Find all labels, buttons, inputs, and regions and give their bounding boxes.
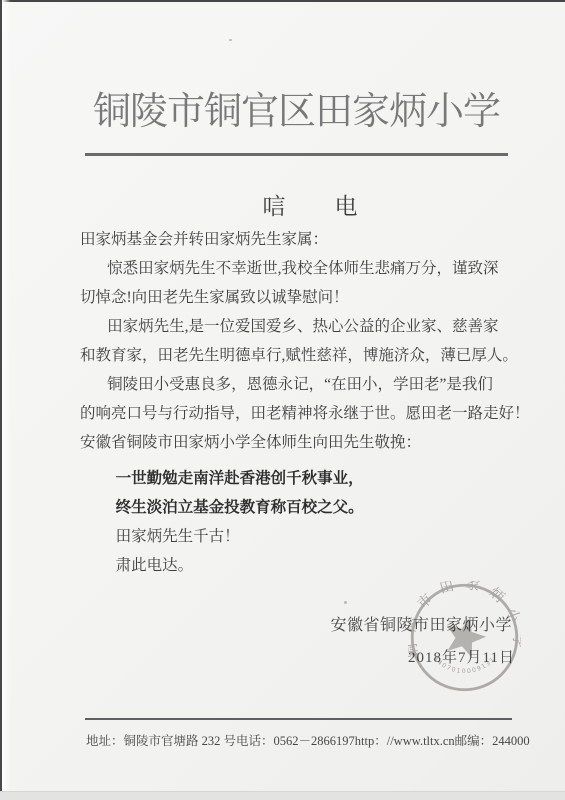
closing-date: 2018年7月11日 (408, 646, 515, 667)
letter-line: 惊悉田家炳先生不幸逝世,我校全体师生悲痛万分，谨致深 (80, 254, 516, 283)
footer-contact-info: 地址：铜陵市官塘路 232 号电话：0562－2866197http：//www… (86, 731, 510, 749)
letter-line: 铜陵田小受惠良多，恩德永记，“在田小，学田老”是我们 (80, 370, 516, 399)
letter-line: 和教育家，田老先生明德卓行,赋性慈祥，博施济众，薄已厚人。 (80, 341, 516, 370)
scan-edge-top (0, 0, 565, 2)
scan-edge-left-highlight (2, 0, 11, 800)
letterhead-divider (85, 153, 508, 156)
letter-line: 切悼念!向田老先生家属致以诚挚慰问！ (80, 283, 516, 312)
scan-speck (229, 39, 232, 41)
footer-item: 邮编：244000 (455, 731, 530, 749)
scanned-letter-page: 铜陵市铜官区田家炳小学 唁 电 田家炳基金会并转田家炳先生家属：惊悉田家炳先生不… (0, 0, 565, 800)
scan-edge-bottom (0, 791, 565, 800)
letter-line: 肃此电达。 (80, 551, 516, 580)
seal-ring (412, 585, 517, 690)
letter-line: 田家炳基金会并转田家炳先生家属： (80, 225, 516, 254)
letter-line: 的响亮口号与行动指导，田老精神将永继于世。愿田老一路走好！ (80, 399, 516, 428)
letter-body: 田家炳基金会并转田家炳先生家属：惊悉田家炳先生不幸逝世,我校全体师生悲痛万分，谨… (80, 225, 516, 580)
document-title: 唁 电 (28, 188, 565, 221)
letter-line: 安徽省铜陵市田家炳小学全体师生向田先生敬挽： (80, 428, 516, 457)
scan-speck (344, 601, 347, 604)
letterhead-school-name: 铜陵市铜官区田家炳小学 (14, 80, 565, 135)
letter-line: 田家炳先生千古！ (80, 522, 516, 551)
letter-line: 一世勤勉走南洋赴香港创千秋事业， (80, 464, 516, 493)
footer-divider (85, 718, 512, 720)
footer-item: 地址：铜陵市官塘路 232 号 (86, 731, 236, 749)
footer-item: 电话：0562－2866197 (236, 731, 355, 749)
official-seal-stamp-icon: 铜陵市田家炳小学 3407010009131 (408, 581, 521, 694)
letter-line: 田家炳先生,是一位爱国爱乡、热心公益的企业家、慈善家 (80, 312, 516, 341)
signature-school: 安徽省铜陵市田家炳小学 (330, 612, 512, 635)
footer-item: http：//www.tltx.cn (355, 731, 455, 749)
letter-line: 终生淡泊立基金投教育称百校之父。 (80, 493, 516, 522)
